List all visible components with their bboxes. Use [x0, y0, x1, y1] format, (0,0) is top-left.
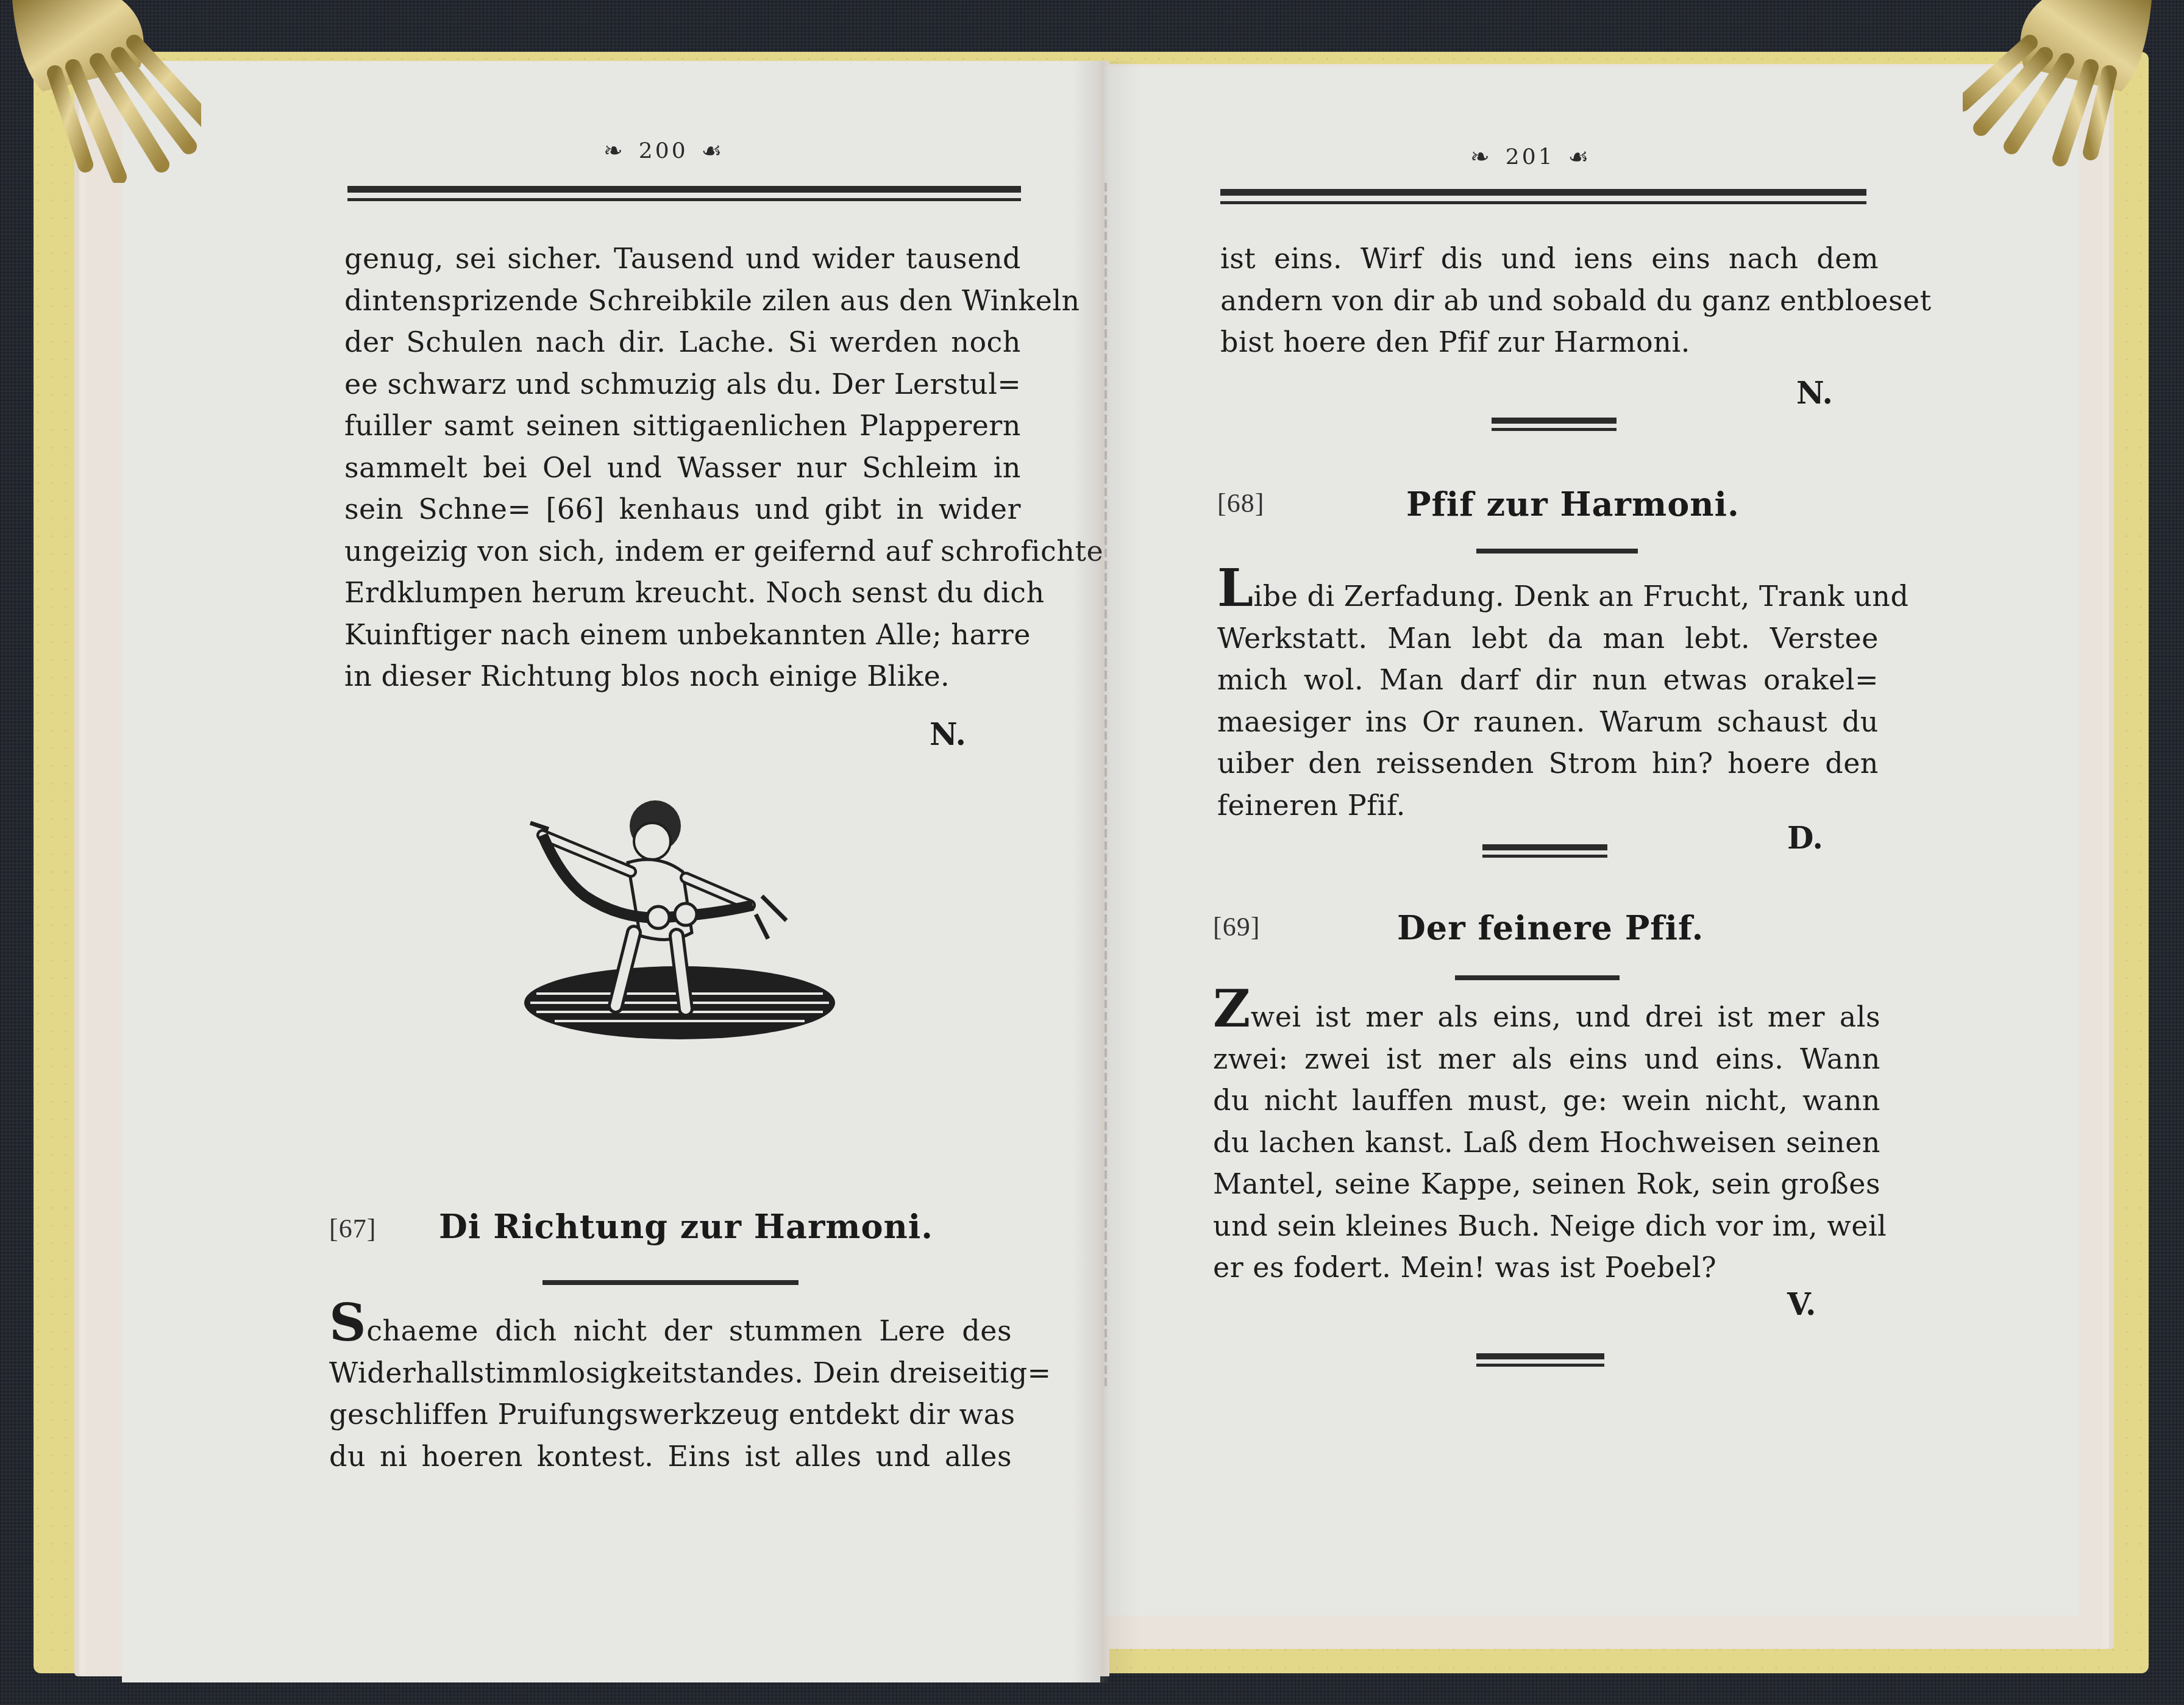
text-line: Erdklumpen herum kreucht. Noch senst du … [344, 572, 1021, 614]
text-line: Werkstatt. Man lebt da man lebt. Verstee [1217, 618, 1879, 660]
fleuron-left-icon: ❧ [603, 137, 625, 164]
section-number-69: [69] [1213, 911, 1260, 942]
text-line: geschliffen Pruifungswerkzeug entdekt di… [329, 1394, 1012, 1436]
section-divider-double-rule [1482, 844, 1607, 858]
fleuron-right-icon: ☙ [702, 137, 725, 164]
text-line: bist hoere den Pfif zur Harmoni. [1220, 321, 1879, 363]
text-line: du nicht lauffen must, ge: wein nicht, w… [1213, 1080, 1880, 1122]
right-page: ❧ 201 ☙ ist eins. Wirf dis und iens eins… [1104, 67, 2079, 1615]
section-body-text: Schaeme dich nicht der stummen Lere des … [329, 1308, 1012, 1477]
text-line: andern von dir ab und sobald du ganz ent… [1220, 280, 1879, 322]
text-line: uiber den reissenden Strom hin? hoere de… [1217, 742, 1879, 785]
title-underline-rule [1476, 549, 1638, 554]
left-page: ❧ 200 ☙ genug, sei sicher. Tausend und w… [122, 61, 1100, 1682]
section-body-text: Libe di Zerfadung. Denk an Frucht, Trank… [1217, 573, 1879, 826]
text-line: chaeme dich nicht der stummen Lere des [366, 1314, 1012, 1347]
text-line: Mantel, seine Kappe, seinen Rok, sein gr… [1213, 1163, 1880, 1205]
section-number-68: [68] [1217, 488, 1264, 519]
page-header-201: ❧ 201 ☙ [1470, 143, 1592, 170]
page-number: 200 [639, 138, 688, 163]
page-header-200: ❧ 200 ☙ [603, 137, 725, 164]
author-signature: V. [1787, 1286, 1816, 1322]
header-double-rule [347, 186, 1021, 201]
text-line: der Schulen nach dir. Lache. Si werden n… [344, 321, 1021, 363]
text-line: du lachen kanst. Laß dem Hochweisen sein… [1213, 1122, 1880, 1164]
text-line: sammelt bei Oel und Wasser nur Schleim i… [344, 447, 1021, 489]
continued-text: genug, sei sicher. Tausend und wider tau… [344, 238, 1021, 697]
section-divider-double-rule [1476, 1353, 1604, 1367]
drop-cap: L [1217, 558, 1254, 618]
text-line: zwei: zwei ist mer als eins und eins. Wa… [1213, 1038, 1880, 1080]
fleuron-right-icon: ☙ [1568, 143, 1592, 170]
brass-hand-clip-right-icon [1963, 0, 2164, 183]
text-line: wei ist mer als eins, und drei ist mer a… [1251, 1000, 1880, 1033]
binding-stitch [1104, 183, 1107, 1390]
drop-cap: Z [1213, 978, 1251, 1039]
text-line: in dieser Richtung blos noch einige Blik… [344, 655, 1021, 697]
text-line: und sein kleines Buch. Neige dich vor im… [1213, 1205, 1880, 1247]
author-signature: D. [1787, 820, 1823, 856]
text-line: fuiller samt seinen sittigaenlichen Plap… [344, 405, 1021, 447]
brass-hand-clip-left-icon [0, 0, 201, 183]
text-line: ibe di Zerfadung. Denk an Frucht, Trank … [1254, 580, 1909, 613]
section-title: Pfif zur Harmoni. [1406, 485, 1740, 524]
text-line: er es fodert. Mein! was ist Poebel? [1213, 1247, 1880, 1289]
drop-cap: S [329, 1292, 366, 1353]
title-underline-rule [542, 1280, 799, 1285]
section-title: Di Richtung zur Harmoni. [439, 1207, 933, 1246]
putto-woodcut-illustration [518, 792, 835, 1055]
section-number-67: [67] [329, 1213, 376, 1244]
text-line: ee schwarz und schmuzig als du. Der Lers… [344, 363, 1021, 405]
author-signature: N. [930, 716, 966, 752]
section-title: Der feinere Pfif. [1397, 908, 1704, 947]
text-line: Kuinftiger nach einem unbekannten Alle; … [344, 614, 1021, 656]
section-body-text: Zwei ist mer als eins, und drei ist mer … [1213, 994, 1880, 1289]
text-line: ungeizig von sich, indem er geifernd auf… [344, 530, 1021, 572]
text-line: dintensprizende Schreibkile zilen aus de… [344, 280, 1021, 322]
text-line: mich wol. Man darf dir nun etwas orakel= [1217, 659, 1879, 701]
text-line: ist eins. Wirf dis und iens eins nach de… [1220, 238, 1879, 280]
text-line: genug, sei sicher. Tausend und wider tau… [344, 238, 1021, 280]
text-line: Widerhallstimmlosigkeitstandes. Dein dre… [329, 1352, 1012, 1394]
continued-text: ist eins. Wirf dis und iens eins nach de… [1220, 238, 1879, 363]
text-line: du ni hoeren kontest. Eins ist alles und… [329, 1436, 1012, 1478]
header-double-rule [1220, 189, 1866, 204]
author-signature: N. [1796, 375, 1833, 411]
title-underline-rule [1455, 975, 1620, 980]
text-line: maesiger ins Or raunen. Warum schaust du [1217, 701, 1879, 743]
text-line: feineren Pfif. [1217, 785, 1879, 827]
page-number: 201 [1506, 144, 1555, 169]
text-line: sein Schne= [66] kenhaus und gibt in wid… [344, 488, 1021, 530]
section-divider-double-rule [1492, 418, 1617, 431]
fleuron-left-icon: ❧ [1470, 143, 1492, 170]
